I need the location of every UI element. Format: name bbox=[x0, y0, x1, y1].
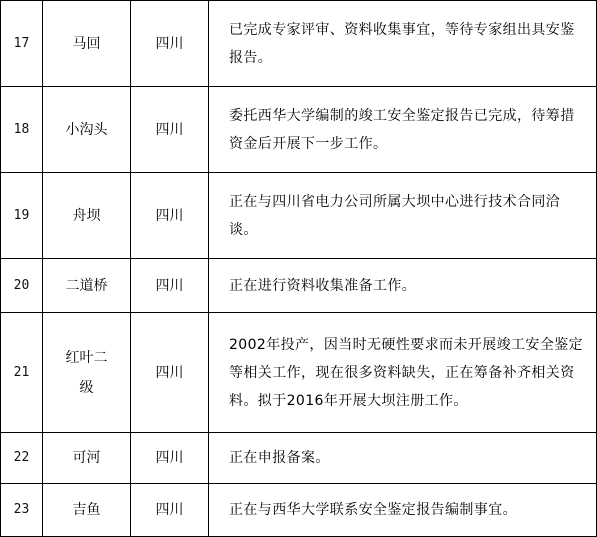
station-name: 马回 bbox=[43, 1, 131, 87]
station-name: 红叶二级 bbox=[43, 313, 131, 433]
table-row: 20 二道桥 四川 正在进行资料收集准备工作。 bbox=[1, 259, 597, 313]
province: 四川 bbox=[131, 87, 209, 173]
row-number: 17 bbox=[1, 1, 43, 87]
station-name: 舟坝 bbox=[43, 173, 131, 259]
station-name: 二道桥 bbox=[43, 259, 131, 313]
dam-status-table: 17 马回 四川 已完成专家评审、资料收集事宜，等待专家组出具安鉴报告。 18 … bbox=[0, 0, 597, 537]
row-number: 22 bbox=[1, 433, 43, 484]
table-row: 23 吉鱼 四川 正在与西华大学联系安全鉴定报告编制事宜。 bbox=[1, 484, 597, 537]
status-text: 正在与四川省电力公司所属大坝中心进行技术合同洽谈。 bbox=[209, 173, 597, 259]
row-number: 20 bbox=[1, 259, 43, 313]
province: 四川 bbox=[131, 313, 209, 433]
status-text: 正在进行资料收集准备工作。 bbox=[209, 259, 597, 313]
table-row: 22 可河 四川 正在申报备案。 bbox=[1, 433, 597, 484]
row-number: 23 bbox=[1, 484, 43, 537]
station-name: 小沟头 bbox=[43, 87, 131, 173]
province: 四川 bbox=[131, 1, 209, 87]
status-text: 已完成专家评审、资料收集事宜，等待专家组出具安鉴报告。 bbox=[209, 1, 597, 87]
status-text: 委托西华大学编制的竣工安全鉴定报告已完成，待筹措资金后开展下一步工作。 bbox=[209, 87, 597, 173]
table-row: 19 舟坝 四川 正在与四川省电力公司所属大坝中心进行技术合同洽谈。 bbox=[1, 173, 597, 259]
station-name: 吉鱼 bbox=[43, 484, 131, 537]
table-row: 17 马回 四川 已完成专家评审、资料收集事宜，等待专家组出具安鉴报告。 bbox=[1, 1, 597, 87]
province: 四川 bbox=[131, 173, 209, 259]
status-text: 正在申报备案。 bbox=[209, 433, 597, 484]
status-text: 正在与西华大学联系安全鉴定报告编制事宜。 bbox=[209, 484, 597, 537]
province: 四川 bbox=[131, 433, 209, 484]
row-number: 18 bbox=[1, 87, 43, 173]
row-number: 19 bbox=[1, 173, 43, 259]
status-text: 2002年投产，因当时无硬性要求而未开展竣工安全鉴定等相关工作，现在很多资料缺失… bbox=[209, 313, 597, 433]
row-number: 21 bbox=[1, 313, 43, 433]
station-name: 可河 bbox=[43, 433, 131, 484]
table-row: 21 红叶二级 四川 2002年投产，因当时无硬性要求而未开展竣工安全鉴定等相关… bbox=[1, 313, 597, 433]
table-row: 18 小沟头 四川 委托西华大学编制的竣工安全鉴定报告已完成，待筹措资金后开展下… bbox=[1, 87, 597, 173]
province: 四川 bbox=[131, 484, 209, 537]
province: 四川 bbox=[131, 259, 209, 313]
